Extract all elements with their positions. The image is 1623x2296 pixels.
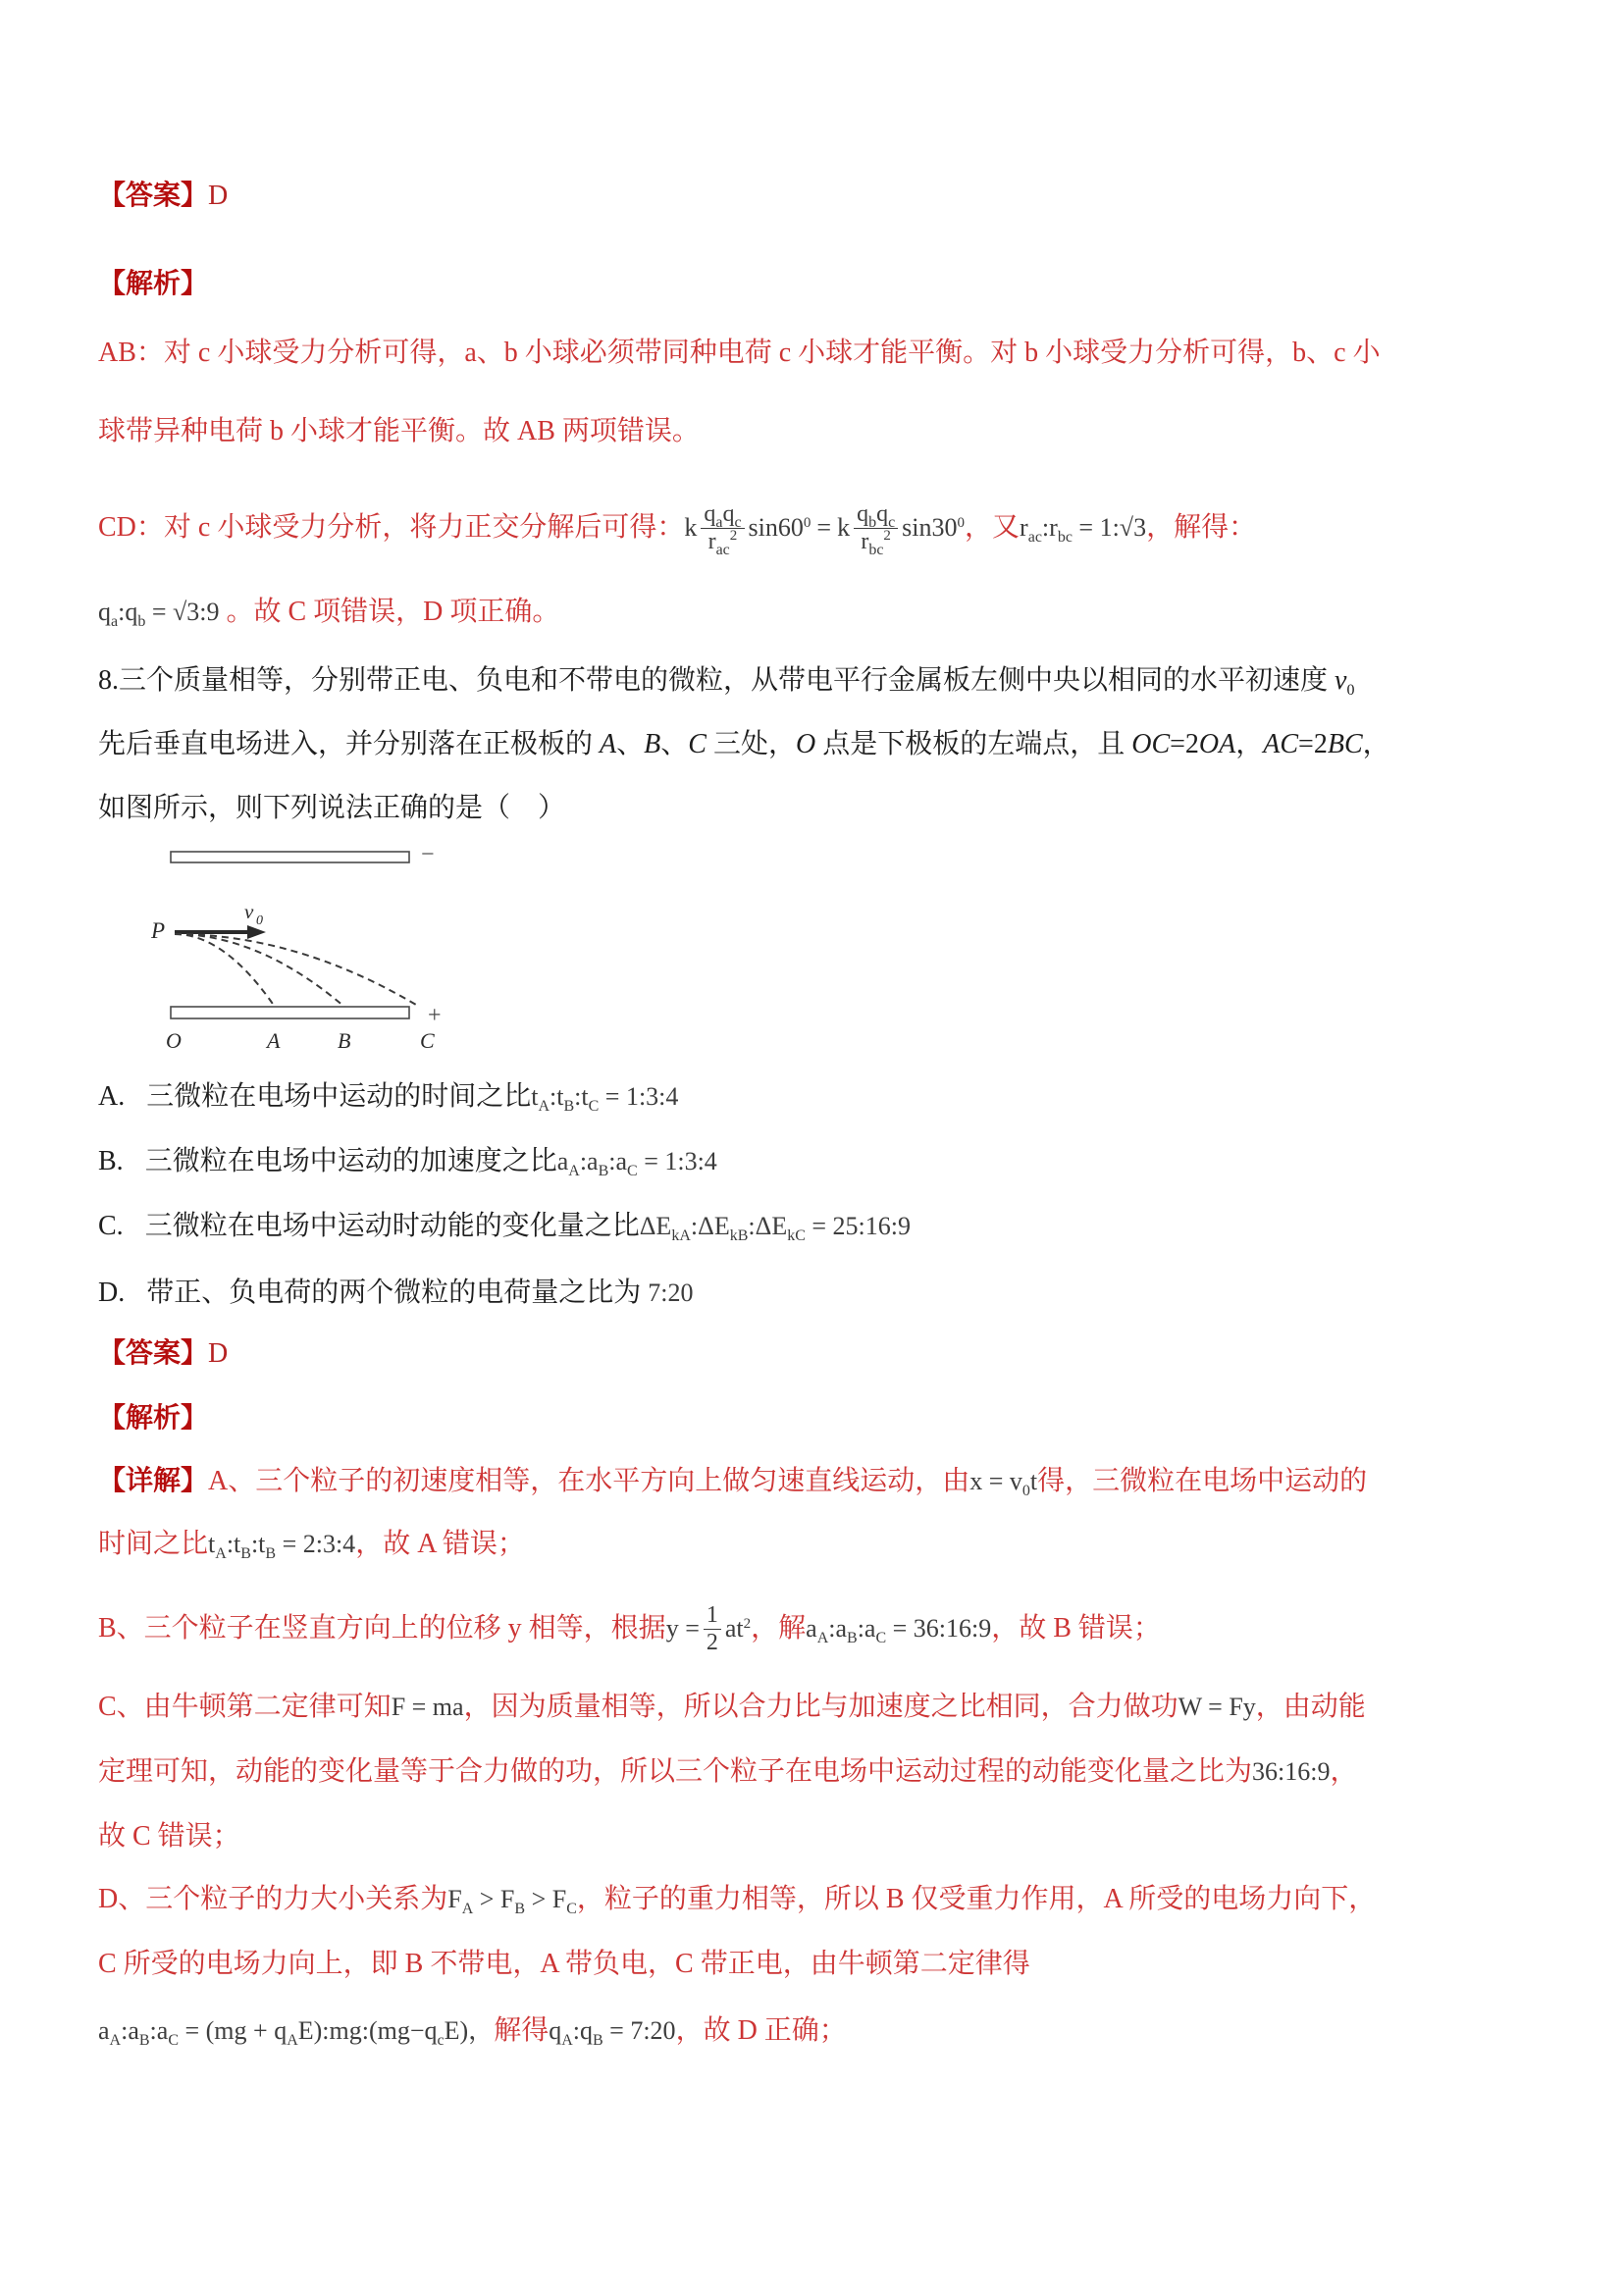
option-c-formula: ΔEkA:ΔEkB:ΔEkC = 25:16:9 [640, 1212, 911, 1240]
detail-d-line-1: D、三个粒子的力大小关系为FA > FB > FC，粒子的重力相等，所以 B 仅… [98, 1882, 1376, 1917]
trajectory-to-a [175, 934, 275, 1007]
fraction-2: qbqc rbc2 [854, 501, 898, 554]
option-d-label: D. [98, 1276, 125, 1311]
cd-comma: ， [965, 510, 992, 546]
result-line: qa:qb = √3:9 。故 C 项错误，D 项正确。 [98, 595, 559, 630]
velocity-label: v [244, 900, 254, 923]
detail-c-formula-2: W = Fy [1178, 1693, 1256, 1721]
plus-sign: + [428, 1003, 442, 1028]
charge-ratio-result: qa:qb = √3:9 [98, 598, 220, 626]
detail-b-line: B、三个粒子在竖直方向上的位移 y 相等，根据 y = 1 2 at2 ，解 a… [98, 1590, 1161, 1668]
analysis-line-2: 【解析】 [98, 1401, 208, 1436]
point-c-label: C [420, 1028, 435, 1053]
fraction-2-numerator: qbqc [854, 501, 898, 528]
final-formula-2: qA:qB = 7:20 [549, 2016, 675, 2045]
answer-line-1: 【答案】D [98, 179, 228, 214]
cd-also-text: 又 [992, 510, 1020, 546]
velocity-subscript: 0 [256, 913, 263, 928]
analysis-line-1: 【解析】 [98, 267, 208, 302]
detail-c-line-1: C、由牛顿第二定律可知F = ma，因为质量相等，所以合力比与加速度之比相同，合… [98, 1690, 1366, 1725]
bottom-plate [171, 1007, 409, 1018]
detail-c-text-2: ，因为质量相等，所以合力比与加速度之比相同，合力做功 [464, 1692, 1178, 1722]
ab-explanation-line-1: AB：对 c 小球受力分析可得，a、b 小球必须带同种电荷 c 小球才能平衡。对… [98, 336, 1381, 371]
detail-d-line-2: C 所受的电场力向上，即 B 不带电，A 带负电，C 带正电，由牛顿第二定律得 [98, 1947, 1030, 1982]
detail-c-text-4: 定理可知，动能的变化量等于合力做的功，所以三个粒子在电场中运动过程的动能变化量之… [98, 1756, 1252, 1787]
detail-a-formula-2: tA:tB:tB = 2:3:4 [208, 1530, 355, 1558]
detail-b-formula-lhs: y = [666, 1611, 700, 1646]
detail-a-text-2: 得，三微粒在电场中运动的 [1037, 1466, 1367, 1496]
coulomb-constant-2: k [837, 510, 850, 546]
half-fraction: 1 2 [704, 1602, 721, 1655]
option-d-text: 带正、负电荷的两个微粒的电荷量之比为 [146, 1278, 648, 1308]
sin60-term: sin600 [749, 510, 811, 546]
detail-b-formula-rhs: at2 [725, 1611, 751, 1646]
detail-b-text-3: ，故 B 错误； [991, 1611, 1161, 1646]
fraction-1: qaqc rac2 [701, 501, 744, 554]
option-b-formula: aA:aB:aC = 1:3:4 [557, 1147, 717, 1175]
radius-ratio-formula: rac:rbc = 1:√3 [1020, 510, 1146, 546]
option-c: C.三微粒在电场中运动时动能的变化量之比ΔEkA:ΔEkB:ΔEkC = 25:… [98, 1209, 911, 1244]
detail-d-text-3: C 所受的电场力向上，即 B 不带电，A 带负电，C 带正电，由牛顿第二定律得 [98, 1949, 1030, 1979]
option-a-text: 三微粒在电场中运动的时间之比 [146, 1081, 531, 1112]
option-b: B.三微粒在电场中运动的加速度之比aA:aB:aC = 1:3:4 [98, 1144, 717, 1179]
option-c-label: C. [98, 1209, 124, 1244]
answer-line-2: 【答案】D [98, 1336, 228, 1372]
option-a: A.三微粒在电场中运动的时间之比tA:tB:tC = 1:3:4 [98, 1079, 678, 1115]
point-o-label: O [166, 1028, 182, 1053]
detail-c-text-5: ， [1330, 1756, 1357, 1787]
detail-c-formula-1: F = ma [392, 1693, 464, 1721]
minus-sign: − [421, 842, 435, 867]
sin30-term: sin300 [902, 510, 965, 546]
option-d: D.带正、负电荷的两个微粒的电荷量之比为 7:20 [98, 1276, 693, 1311]
half-fraction-numerator: 1 [704, 1602, 721, 1629]
detail-a-text-4: ，故 A 错误； [355, 1529, 525, 1559]
detail-c-text-3: ，由动能 [1256, 1692, 1366, 1722]
detail-d-formula-1: FA > FB > FC [447, 1885, 577, 1913]
option-a-formula: tA:tB:tC = 1:3:4 [531, 1082, 678, 1111]
result-conclusion-text: 。故 C 项错误，D 项正确。 [227, 597, 560, 627]
detail-c-text-6: 故 C 错误； [98, 1821, 240, 1852]
final-result-line: aA:aB:aC = (mg + qAE):mg:(mg−qcE)，解得qA:q… [98, 2013, 847, 2049]
detail-a-formula-1: x = v0t [969, 1467, 1037, 1495]
detail-b-text-1: B、三个粒子在竖直方向上的位移 y 相等，根据 [98, 1611, 666, 1646]
equals-sign: = [816, 510, 831, 546]
detail-a-line-1: 【详解】A、三个粒子的初速度相等，在水平方向上做匀速直线运动，由x = v0t得… [98, 1464, 1367, 1499]
fraction-2-denominator: rbc2 [858, 529, 894, 554]
answer-label: 【答案】 [98, 181, 208, 211]
answer-value-2: D [208, 1338, 228, 1369]
detail-c-line-2: 定理可知，动能的变化量等于合力做的功，所以三个粒子在电场中运动过程的动能变化量之… [98, 1754, 1357, 1790]
top-plate [171, 852, 409, 862]
analysis-label-2: 【解析】 [98, 1403, 208, 1434]
fraction-1-denominator: rac2 [706, 529, 741, 554]
cd-explanation-line: CD：对 c 小球受力分析，将力正交分解后可得： k qaqc rac2 sin… [98, 481, 1256, 575]
ab-explanation-line-2: 球带异种电荷 b 小球才能平衡。故 AB 两项错误。 [98, 414, 700, 449]
option-b-label: B. [98, 1144, 124, 1179]
detail-a-text-3: 时间之比 [98, 1529, 208, 1559]
final-formula-1: aA:aB:aC = (mg + qAE):mg:(mg−qcE)， [98, 2016, 494, 2045]
detail-a-line-2: 时间之比tA:tB:tB = 2:3:4，故 A 错误； [98, 1527, 525, 1562]
final-text-2: ，故 D 正确； [676, 2015, 847, 2046]
detail-d-text-1: D、三个粒子的力大小关系为 [98, 1884, 447, 1914]
detail-b-text-2: ，解 [751, 1611, 806, 1646]
detail-c-text-1: C、由牛顿第二定律可知 [98, 1692, 392, 1722]
option-d-formula: 7:20 [648, 1278, 693, 1307]
detail-label: 【详解】 [98, 1466, 208, 1496]
detail-c-formula-3: 36:16:9 [1252, 1757, 1330, 1786]
option-c-text: 三微粒在电场中运动时动能的变化量之比 [145, 1211, 640, 1241]
option-a-label: A. [98, 1079, 125, 1115]
question-stem-line-1: 8.三个质量相等，分别带正电、负电和不带电的微粒，从带电平行金属板左侧中央以相同… [98, 663, 1354, 699]
question-stem-line-2: 先后垂直电场进入，并分别落在正极板的 A、B、C 三处，O 点是下极板的左端点，… [98, 727, 1390, 762]
answer-value: D [208, 181, 228, 211]
option-b-text: 三微粒在电场中运动的加速度之比 [145, 1146, 557, 1176]
detail-b-formula-2: aA:aB:aC = 36:16:9 [806, 1611, 991, 1646]
cd-prefix-text: CD：对 c 小球受力分析，将力正交分解后可得： [98, 510, 684, 546]
point-p-label: P [150, 918, 165, 943]
cd-tail-text: ，解得： [1146, 510, 1256, 546]
analysis-label: 【解析】 [98, 269, 208, 299]
detail-d-text-2: ，粒子的重力相等，所以 B 仅受重力作用，A 所受的电场力向下， [577, 1884, 1376, 1914]
coulomb-constant-1: k [684, 510, 697, 546]
plates-diagram-svg: − P v 0 + O A B C [149, 842, 483, 1072]
trajectory-to-b [175, 934, 344, 1007]
final-text-1: 解得 [494, 2015, 549, 2046]
physics-diagram: − P v 0 + O A B C [149, 842, 483, 1077]
half-fraction-denominator: 2 [704, 1630, 721, 1655]
point-a-label: A [265, 1028, 281, 1053]
answer-label-2: 【答案】 [98, 1338, 208, 1369]
detail-a-text-1: A、三个粒子的初速度相等，在水平方向上做匀速直线运动，由 [208, 1466, 969, 1496]
question-stem-line-3: 如图所示，则下列说法正确的是（ ） [98, 791, 565, 826]
document-page: 【答案】D 【解析】 AB：对 c 小球受力分析可得，a、b 小球必须带同种电荷… [0, 0, 1623, 2296]
detail-c-line-3: 故 C 错误； [98, 1819, 240, 1854]
fraction-1-numerator: qaqc [701, 501, 744, 528]
point-b-label: B [338, 1028, 350, 1053]
